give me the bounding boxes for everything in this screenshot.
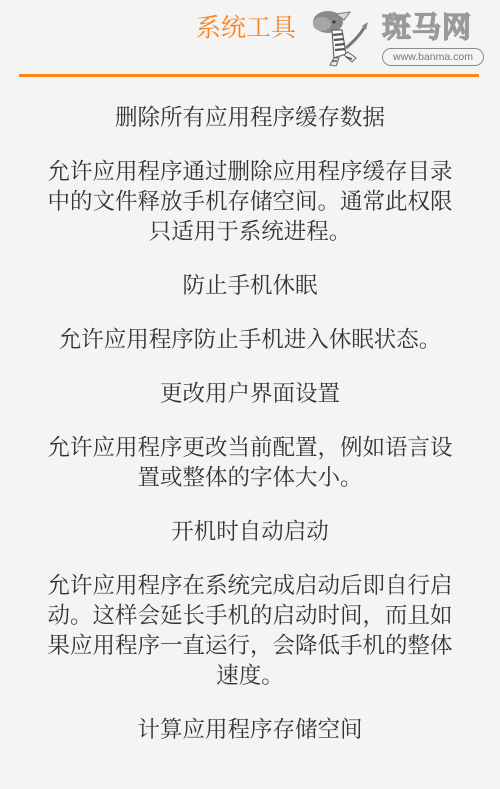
permission-item: 计算应用程序存储空间 (40, 715, 460, 745)
header-divider (19, 74, 479, 77)
zebra-mascot-icon (306, 8, 382, 68)
permission-title: 更改用户界面设置 (40, 379, 460, 409)
permission-description: 允许应用程序防止手机进入休眠状态。 (40, 325, 460, 355)
page-title: 系统工具 (196, 11, 296, 45)
logo-url: www.banma.com (382, 48, 484, 66)
permission-description: 允许应用程序通过删除应用程序缓存目录中的文件释放手机存储空间。通常此权限只适用于… (40, 157, 460, 247)
logo-text: 斑马网 (382, 10, 472, 44)
permission-title: 计算应用程序存储空间 (40, 715, 460, 745)
permission-list: 删除所有应用程序缓存数据 允许应用程序通过删除应用程序缓存目录中的文件释放手机存… (40, 103, 460, 769)
permission-item: 开机时自动启动 允许应用程序在系统完成启动后即自行启动。这样会延长手机的启动时间… (40, 517, 460, 691)
header: 系统工具 斑马网 www.banma.com (0, 0, 500, 78)
permission-title: 删除所有应用程序缓存数据 (40, 103, 460, 133)
permission-title: 防止手机休眠 (40, 271, 460, 301)
permission-item: 删除所有应用程序缓存数据 允许应用程序通过删除应用程序缓存目录中的文件释放手机存… (40, 103, 460, 247)
permission-item: 更改用户界面设置 允许应用程序更改当前配置，例如语言设置或整体的字体大小。 (40, 379, 460, 493)
banma-logo: 斑马网 www.banma.com (306, 8, 486, 68)
permission-title: 开机时自动启动 (40, 517, 460, 547)
permission-item: 防止手机休眠 允许应用程序防止手机进入休眠状态。 (40, 271, 460, 355)
permission-description: 允许应用程序在系统完成启动后即自行启动。这样会延长手机的启动时间，而且如果应用程… (40, 571, 460, 691)
permission-description: 允许应用程序更改当前配置，例如语言设置或整体的字体大小。 (40, 433, 460, 493)
